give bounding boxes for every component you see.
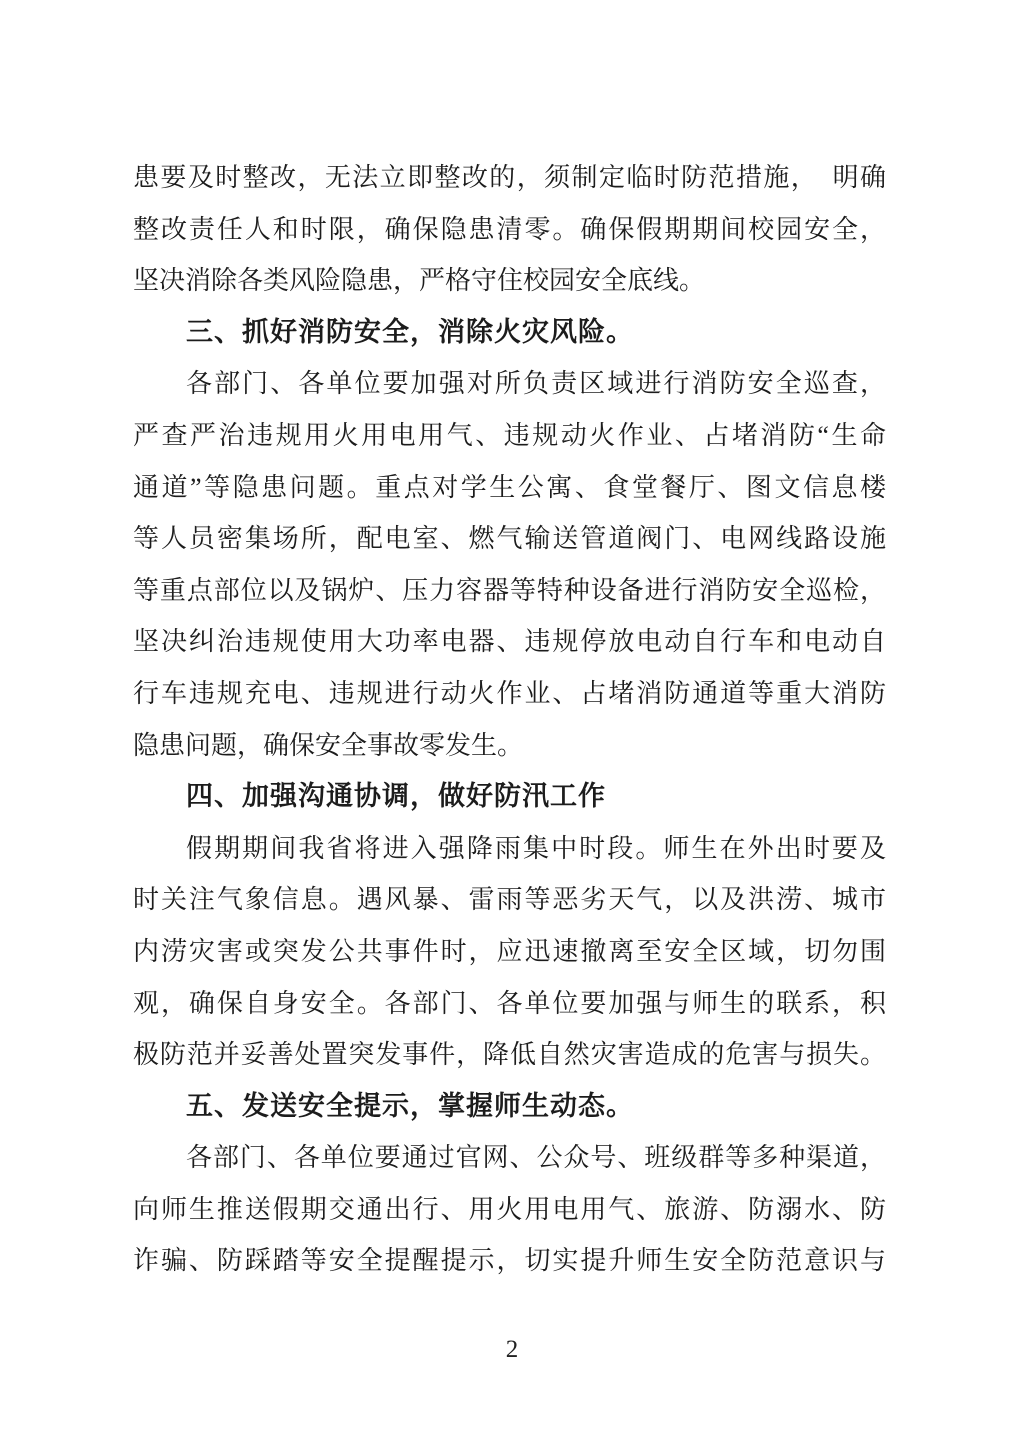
text-line: 坚决纠治违规使用大功率电器、违规停放电动自行车和电动自 <box>133 616 886 668</box>
text-line: 整改责任人和时限，确保隐患清零。确保假期期间校园安全， <box>133 204 886 256</box>
text-line: 向师生推送假期交通出行、用火用电用气、旅游、防溺水、防 <box>133 1184 886 1236</box>
document-body: 患要及时整改，无法立即整改的，须制定临时防范措施， 明确 整改责任人和时限，确保… <box>133 152 886 1287</box>
text-line: 诈骗、防踩踏等安全提醒提示，切实提升师生安全防范意识与 <box>133 1235 886 1287</box>
text-line: 隐患问题，确保安全事故零发生。 <box>133 720 886 772</box>
text-line: 各部门、各单位要加强对所负责区域进行消防安全巡查， <box>133 358 886 410</box>
text-line: 内涝灾害或突发公共事件时，应迅速撤离至安全区域，切勿围 <box>133 926 886 978</box>
text-line: 通道”等隐患问题。重点对学生公寓、食堂餐厅、图文信息楼 <box>133 462 886 514</box>
section-heading-4: 四、加强沟通协调，做好防汛工作 <box>133 771 886 823</box>
page-number: 2 <box>0 1336 1024 1364</box>
text-line: 假期期间我省将进入强降雨集中时段。师生在外出时要及 <box>133 823 886 875</box>
text-line: 各部门、各单位要通过官网、公众号、班级群等多种渠道， <box>133 1132 886 1184</box>
text-line: 等重点部位以及锅炉、压力容器等特种设备进行消防安全巡检， <box>133 565 886 617</box>
section-heading-5: 五、发送安全提示，掌握师生动态。 <box>133 1081 886 1133</box>
document-page: 患要及时整改，无法立即整改的，须制定临时防范措施， 明确 整改责任人和时限，确保… <box>0 0 1024 1448</box>
text-line: 坚决消除各类风险隐患，严格守住校园安全底线。 <box>133 255 886 307</box>
text-line: 行车违规充电、违规进行动火作业、占堵消防通道等重大消防 <box>133 668 886 720</box>
section-heading-3: 三、抓好消防安全，消除火灾风险。 <box>133 307 886 359</box>
text-line: 患要及时整改，无法立即整改的，须制定临时防范措施， 明确 <box>133 152 886 204</box>
text-line: 等人员密集场所，配电室、燃气输送管道阀门、电网线路设施 <box>133 513 886 565</box>
text-line: 极防范并妥善处置突发事件，降低自然灾害造成的危害与损失。 <box>133 1029 886 1081</box>
text-line: 严查严治违规用火用电用气、违规动火作业、占堵消防“生命 <box>133 410 886 462</box>
text-line: 时关注气象信息。遇风暴、雷雨等恶劣天气，以及洪涝、城市 <box>133 874 886 926</box>
text-line: 观，确保自身安全。各部门、各单位要加强与师生的联系，积 <box>133 978 886 1030</box>
